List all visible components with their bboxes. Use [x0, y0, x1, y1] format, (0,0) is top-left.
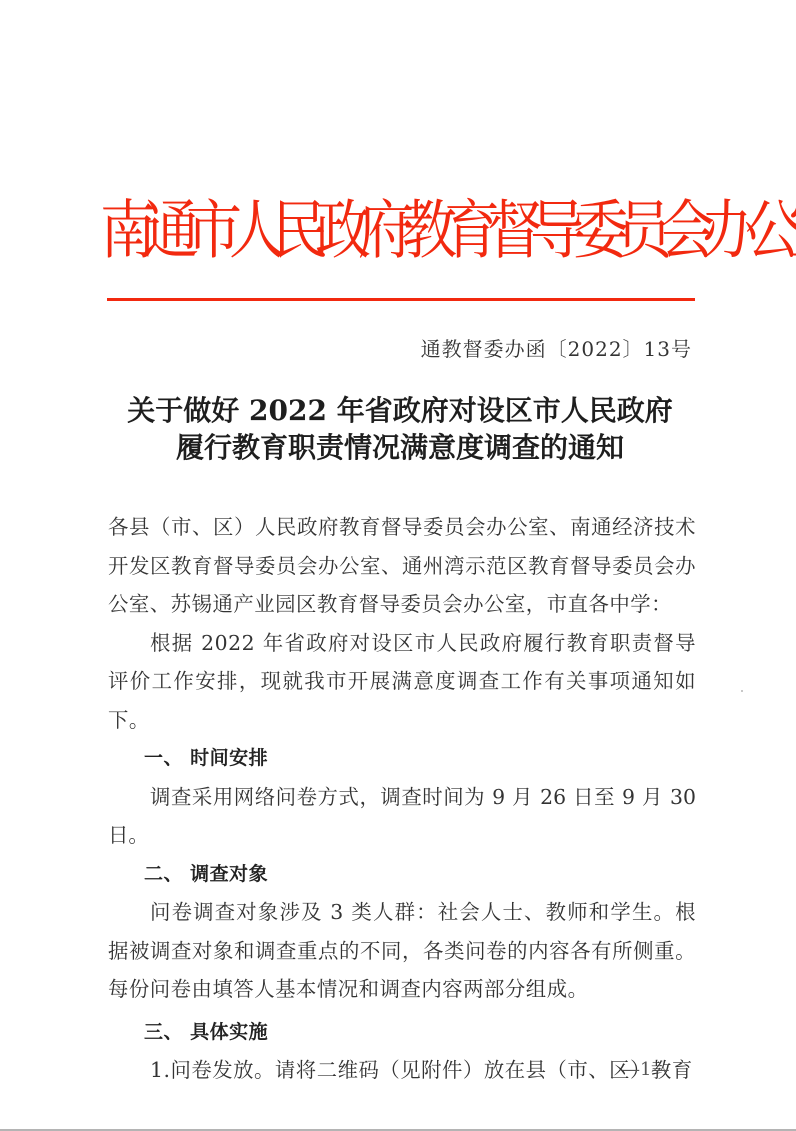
addressee-paragraph: 各县（市、区）人民政府教育督导委员会办公室、南通经济技术开发区教育督导委员会办公… [108, 508, 696, 624]
section-heading-schedule: 一、 时间安排 [108, 739, 696, 778]
document-title-line-2: 履行教育职责情况满意度调查的通知 [100, 429, 700, 466]
page-number: —1— [622, 1058, 669, 1082]
section-paragraph: 调查采用网络问卷方式，调查时间为 9 月 26 日至 9 月 30 日。 [108, 778, 696, 855]
section-paragraph: 1.问卷发放。请将二维码（见附件）放在县（市、区）教育 [108, 1051, 696, 1090]
document-page: 南通市人民政府教育督导委员会办公室 通教督委办函〔2022〕13号 关于做好 2… [0, 0, 796, 1129]
section-heading-targets: 二、 调查对象 [108, 855, 696, 894]
letterhead-red-rule [107, 298, 695, 301]
section-paragraph: 问卷调查对象涉及 3 类人群：社会人士、教师和学生。根据被调查对象和调查重点的不… [108, 893, 696, 1009]
document-number: 通教督委办函〔2022〕13号 [421, 334, 692, 364]
section-heading-implementation: 三、 具体实施 [108, 1013, 696, 1052]
letterhead-title: 南通市人民政府教育督导委员会办公室 [100, 191, 706, 274]
document-title: 关于做好 2022 年省政府对设区市人民政府 履行教育职责情况满意度调查的通知 [100, 392, 700, 466]
intro-paragraph: 根据 2022 年省政府对设区市人民政府履行教育职责督导评价工作安排，现就我市开… [108, 624, 696, 740]
document-title-line-1: 关于做好 2022 年省政府对设区市人民政府 [100, 392, 700, 429]
document-body: 各县（市、区）人民政府教育督导委员会办公室、南通经济技术开发区教育督导委员会办公… [108, 508, 696, 1090]
scan-speck [741, 690, 743, 692]
